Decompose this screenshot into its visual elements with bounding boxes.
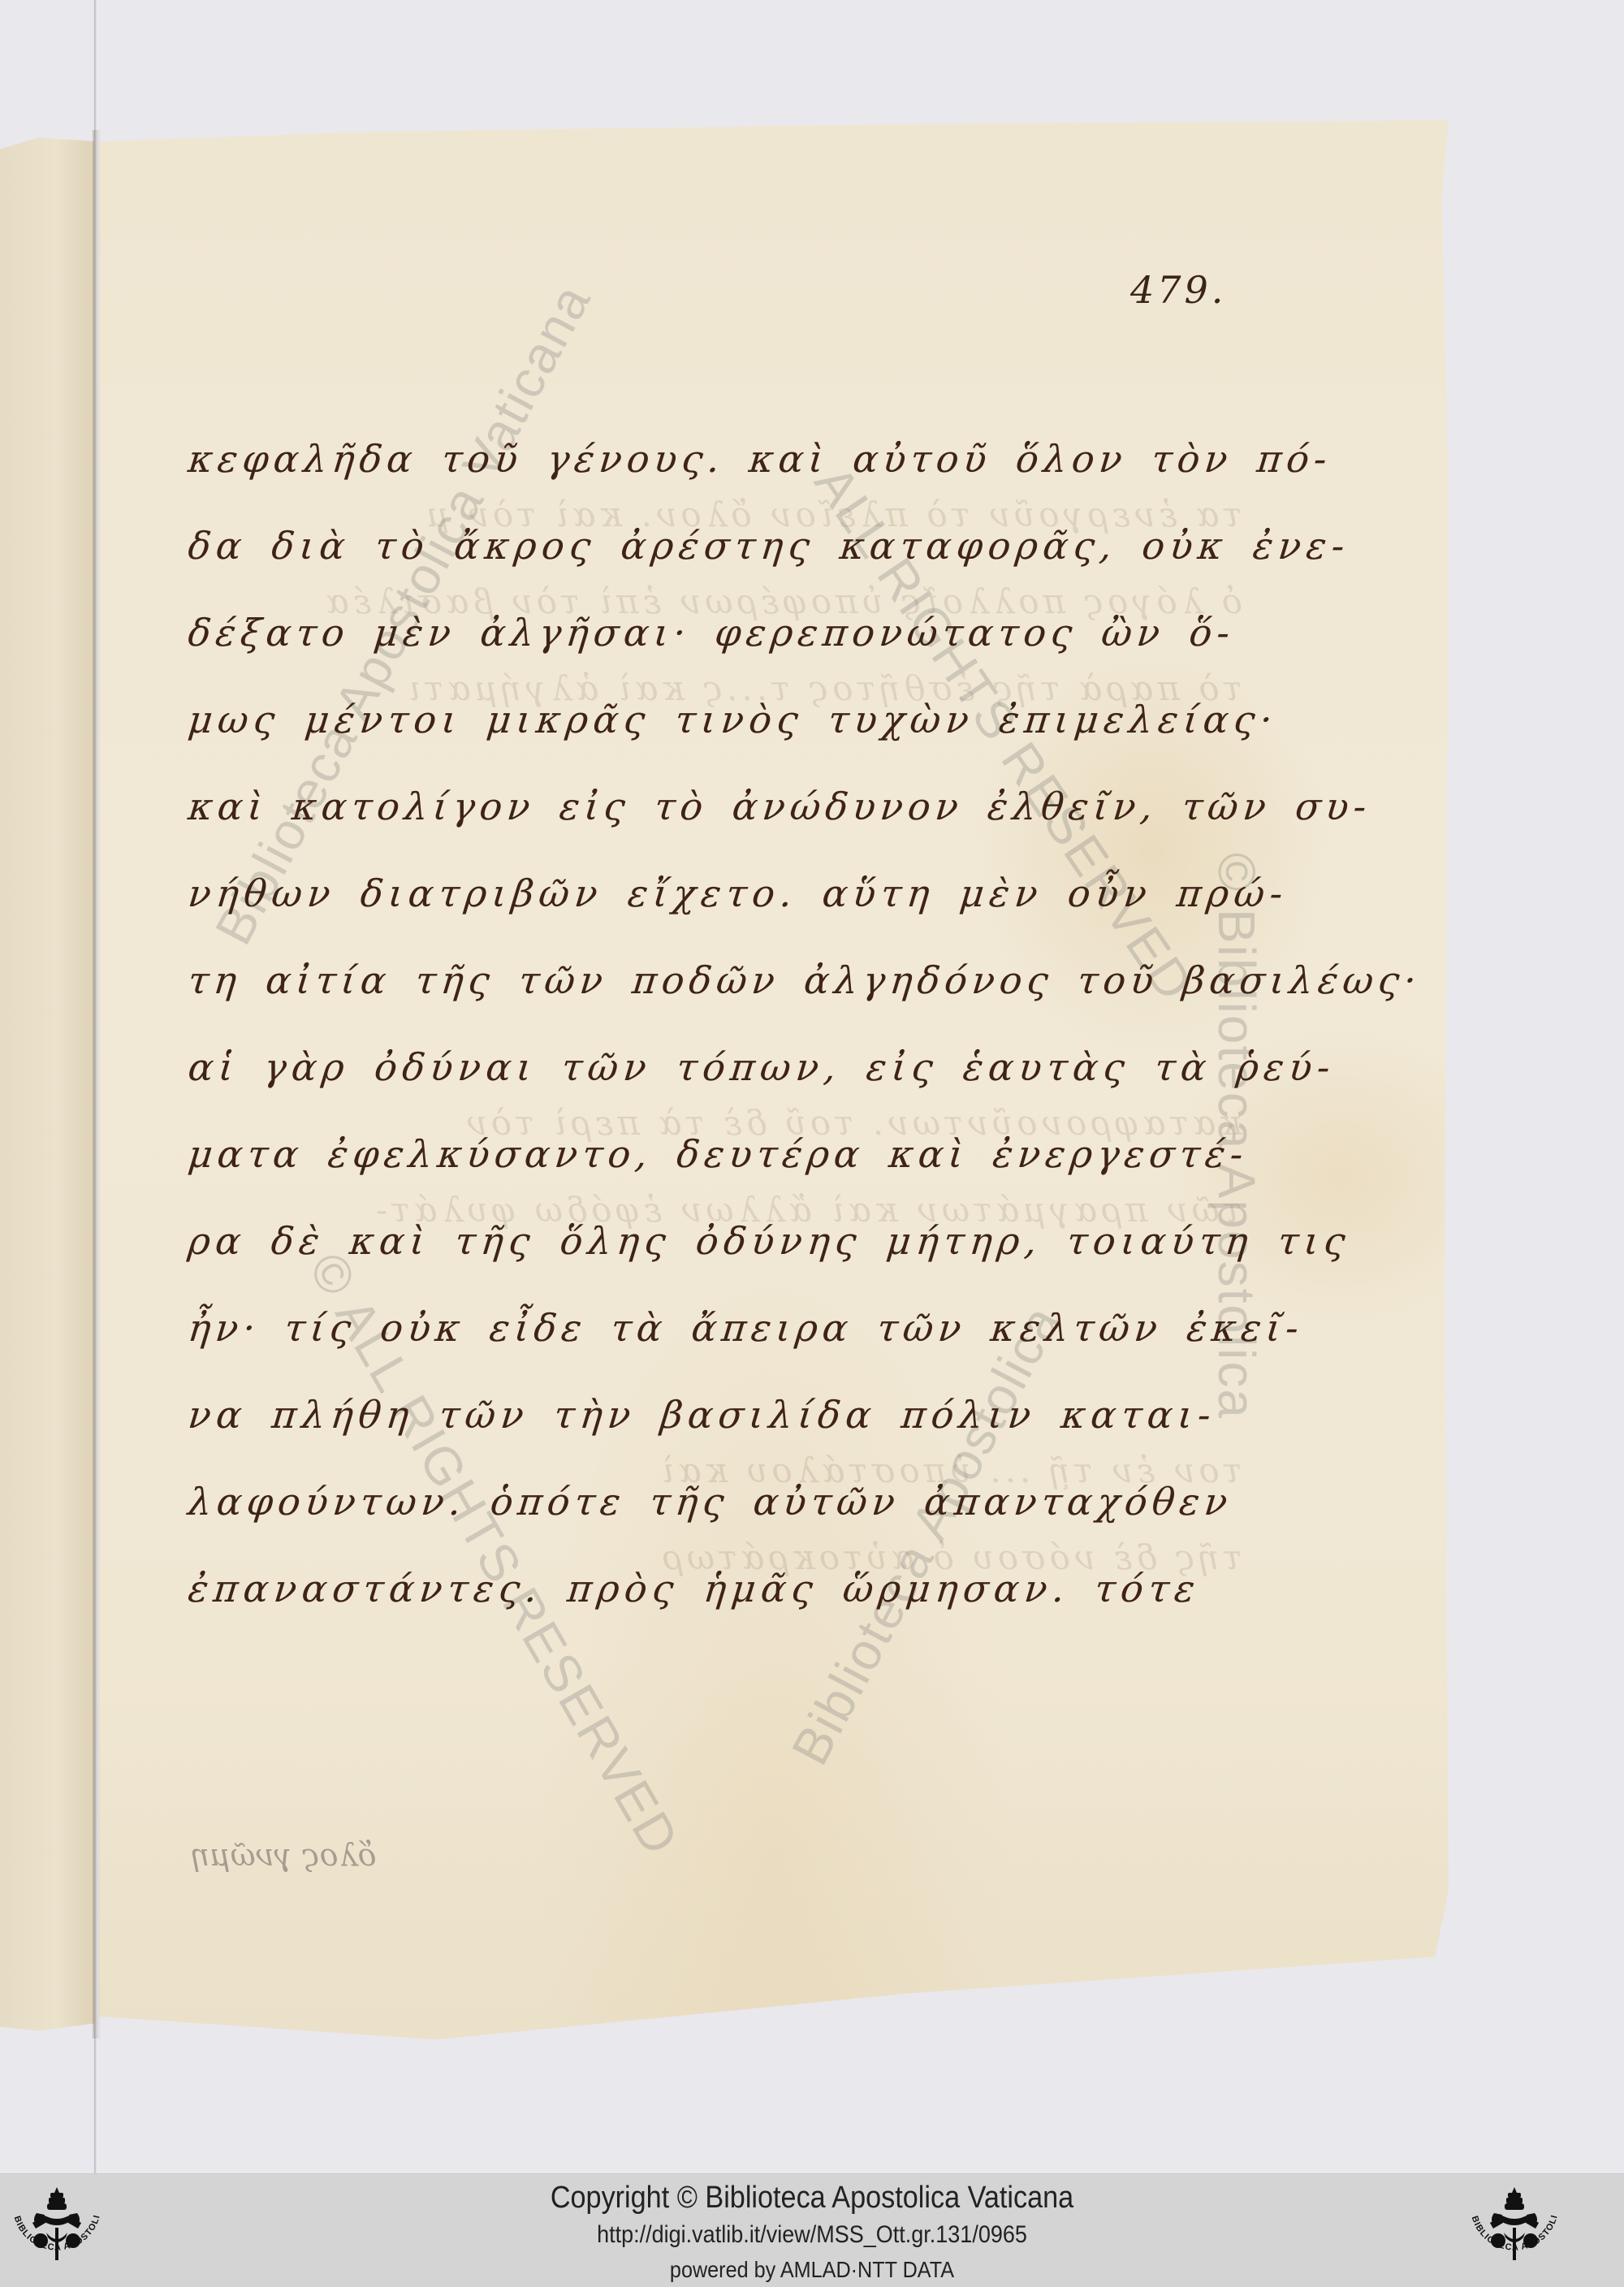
- folio-number: 479.: [1130, 268, 1226, 312]
- manuscript-text: κεφαλῆδα τοῦ γένους. καὶ αὐτοῦ ὅλον τὸν …: [188, 416, 1244, 1632]
- manuscript-line: κεφαλῆδα τοῦ γένους. καὶ αὐτοῦ ὅλον τὸν …: [184, 416, 1248, 503]
- manuscript-line: λαφούντων. ὁπότε τῆς αὐτῶν ἀπανταχόθεν: [184, 1459, 1248, 1546]
- manuscript-line: δέξατο μὲν ἀλγῆσαι· φερεπονώτατος ὢν ὅ-: [184, 590, 1248, 677]
- manuscript-line: δα διὰ τὸ ἄκρος ἀρέστης καταφορᾶς, οὐκ ἐ…: [184, 503, 1248, 590]
- manuscript-line: καὶ κατολίγον εἰς τὸ ἀνώδυνον ἐλθεῖν, τῶ…: [184, 763, 1248, 850]
- copyright-text: Copyright © Biblioteca Apostolica Vatica…: [81, 2181, 1543, 2216]
- vatican-library-logo-icon: BIBLIOTECA APOSTOLICA VATICANA: [1462, 2182, 1567, 2285]
- left-page-edge: [0, 130, 96, 2038]
- manuscript-line: ρα δὲ καὶ τῆς ὅλης ὀδύνης μήτηρ, τοιαύτη…: [184, 1198, 1248, 1285]
- manuscript-line: ματα ἐφελκύσαντο, δευτέρα καὶ ἐνεργεστέ-: [184, 1111, 1248, 1198]
- copyright-footer: BIBLIOTECA APOSTOLICA VATICANA Copyright…: [0, 2173, 1624, 2287]
- manuscript-line: ἦν· τίς οὐκ εἶδε τὰ ἄπειρα τῶν κελτῶν ἐκ…: [184, 1285, 1248, 1372]
- manuscript-scan: τα ἐνεργοῦν τὸ πλεῖον ὅλον. καὶ τὸν μ ὁ …: [0, 0, 1624, 2173]
- manuscript-line: μως μέντοι μικρᾶς τινὸς τυχὼν ἐπιμελείας…: [184, 677, 1248, 763]
- powered-by-text: powered by AMLAD·NTT DATA: [81, 2257, 1543, 2283]
- manuscript-line: νήθων διατριβῶν εἴχετο. αὕτη μὲν οὖν πρώ…: [184, 850, 1248, 937]
- manuscript-line: τη αἰτία τῆς τῶν ποδῶν ἀλγηδόνος τοῦ βασ…: [184, 937, 1248, 1024]
- manuscript-line: ἐπαναστάντες. πρὸς ἡμᾶς ὥρμησαν. τότε: [184, 1546, 1248, 1632]
- manuscript-line: να πλήθη τῶν τὴν βασιλίδα πόλιν καται-: [184, 1372, 1248, 1459]
- manuscript-url[interactable]: http://digi.vatlib.it/view/MSS_Ott.gr.13…: [81, 2221, 1543, 2249]
- pencil-note: ὅλος γνῶμη: [192, 1837, 376, 1873]
- manuscript-line: αἱ γὰρ ὀδύναι τῶν τόπων, εἰς ἑαυτὰς τὰ ῥ…: [184, 1024, 1248, 1111]
- gutter-shadow: [93, 130, 101, 2038]
